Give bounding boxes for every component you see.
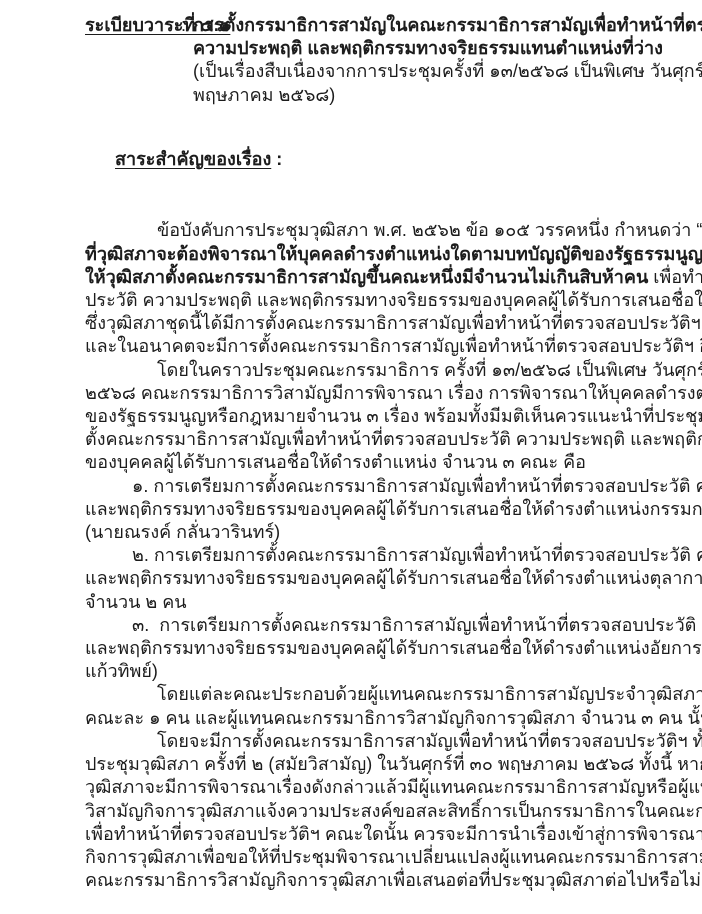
body-text-line: ประชุมวุฒิสภา ครั้งที่ ๒ (สมัยวิสามัญ) ใ… [85,753,660,776]
body-text-line: ข้อบังคับการประชุมวุฒิสภา พ.ศ. ๒๕๖๒ ข้อ … [85,219,660,242]
body-text-line: เพื่อทำหน้าที่ตรวจสอบประวัติฯ คณะใดนั้น … [85,823,660,846]
section-heading-text: สาระสำคัญของเรื่อง [115,149,271,169]
body-text-line: และพฤติกรรมทางจริยธรรมของบุคคลผู้ได้รับก… [85,567,660,590]
body-text-line: ซึ่งวุฒิสภาชุดนี้ได้มีการตั้งคณะกรรมาธิก… [85,312,660,335]
body-text-line: วิสามัญกิจการวุฒิสภาแจ้งความประสงค์ขอสละ… [85,800,660,823]
agenda-title-line: พฤษภาคม ๒๕๖๘) [193,84,660,107]
body-text-line: ประวัติ ความประพฤติ และพฤติกรรมทางจริยธร… [85,289,660,312]
body-text-line: โดยในคราวประชุมคณะกรรมาธิการ ครั้งที่ ๑๓… [85,359,660,382]
agenda-title-line: (เป็นเรื่องสืบเนื่องจากการประชุมครั้งที่… [193,60,660,83]
body-text-line: วุฒิสภาจะมีการพิจารณาเรื่องดังกล่าวแล้วม… [85,776,660,799]
body-text-line: ที่วุฒิสภาจะต้องพิจารณาให้บุคคลดำรงตำแหน… [85,243,660,266]
body-text-line: คณะกรรมาธิการวิสามัญกิจการวุฒิสภาเพื่อเส… [85,869,660,892]
body-text-line: ให้วุฒิสภาตั้งคณะกรรมาธิการสามัญขึ้นคณะห… [85,266,660,289]
body-text-line: โดยแต่ละคณะประกอบด้วยผู้แทนคณะกรรมาธิการ… [85,683,660,706]
section-heading-colon: : [271,149,282,169]
body-text-line: และในอนาคตจะมีการตั้งคณะกรรมาธิการสามัญเ… [85,335,660,358]
body-text-line: ๑. การเตรียมการตั้งคณะกรรมาธิการสามัญเพื… [85,475,660,498]
agenda-number-label: ระเบียบวาระที่ ๔.๑ [85,14,230,37]
section-heading: สาระสำคัญของเรื่อง : [85,125,660,195]
body-text-line: ของรัฐธรรมนูญหรือกฎหมายจำนวน ๓ เรื่อง พร… [85,405,660,428]
body-text-line: และพฤติกรรมทางจริยธรรมของบุคคลผู้ได้รับก… [85,498,660,521]
body-text-line: ของบุคคลผู้ได้รับการเสนอชื่อให้ดำรงตำแหน… [85,451,660,474]
body-text-line: โดยจะมีการตั้งคณะกรรมาธิการสามัญเพื่อทำห… [85,730,660,753]
agenda-title-line: การตั้งกรรมาธิการสามัญในคณะกรรมาธิการสาม… [193,14,660,37]
body-text-line: แก้วทิพย์) [85,660,660,683]
body-text-line: ตั้งคณะกรรมาธิการสามัญเพื่อทำหน้าที่ตรวจ… [85,428,660,451]
body-text-line: จำนวน ๒ คน [85,591,660,614]
body-text-line: คณะละ ๑ คน และผู้แทนคณะกรรมาธิการวิสามัญ… [85,707,660,730]
document-page: ระเบียบวาระที่ ๔.๑ : การตั้งกรรมาธิการสา… [0,0,702,914]
body-text-line: (นายณรงค์ กลั่นวารินทร์) [85,521,660,544]
body-text-line: กิจการวุฒิสภาเพื่อขอให้ที่ประชุมพิจารณาเ… [85,846,660,869]
body-text-line: และพฤติกรรมทางจริยธรรมของบุคคลผู้ได้รับก… [85,637,660,660]
agenda-title-line: ความประพฤติ และพฤติกรรมทางจริยธรรมแทนตำแ… [193,37,660,60]
agenda-colon: : [181,14,186,37]
body-text-line: ๒. การเตรียมการตั้งคณะกรรมาธิการสามัญเพื… [85,544,660,567]
document-content: ระเบียบวาระที่ ๔.๑ : การตั้งกรรมาธิการสา… [0,0,702,892]
body-text-line: ๒๕๖๘ คณะกรรมาธิการวิสามัญมีการพิจารณา เร… [85,382,660,405]
agenda-header: ระเบียบวาระที่ ๔.๑ : การตั้งกรรมาธิการสา… [85,14,660,107]
body-text-line: ๓. การเตรียมการตั้งคณะกรรมาธิการสามัญเพื… [85,614,660,637]
body-text: ข้อบังคับการประชุมวุฒิสภา พ.ศ. ๒๕๖๒ ข้อ … [85,219,660,892]
agenda-title: การตั้งกรรมาธิการสามัญในคณะกรรมาธิการสาม… [193,14,660,107]
